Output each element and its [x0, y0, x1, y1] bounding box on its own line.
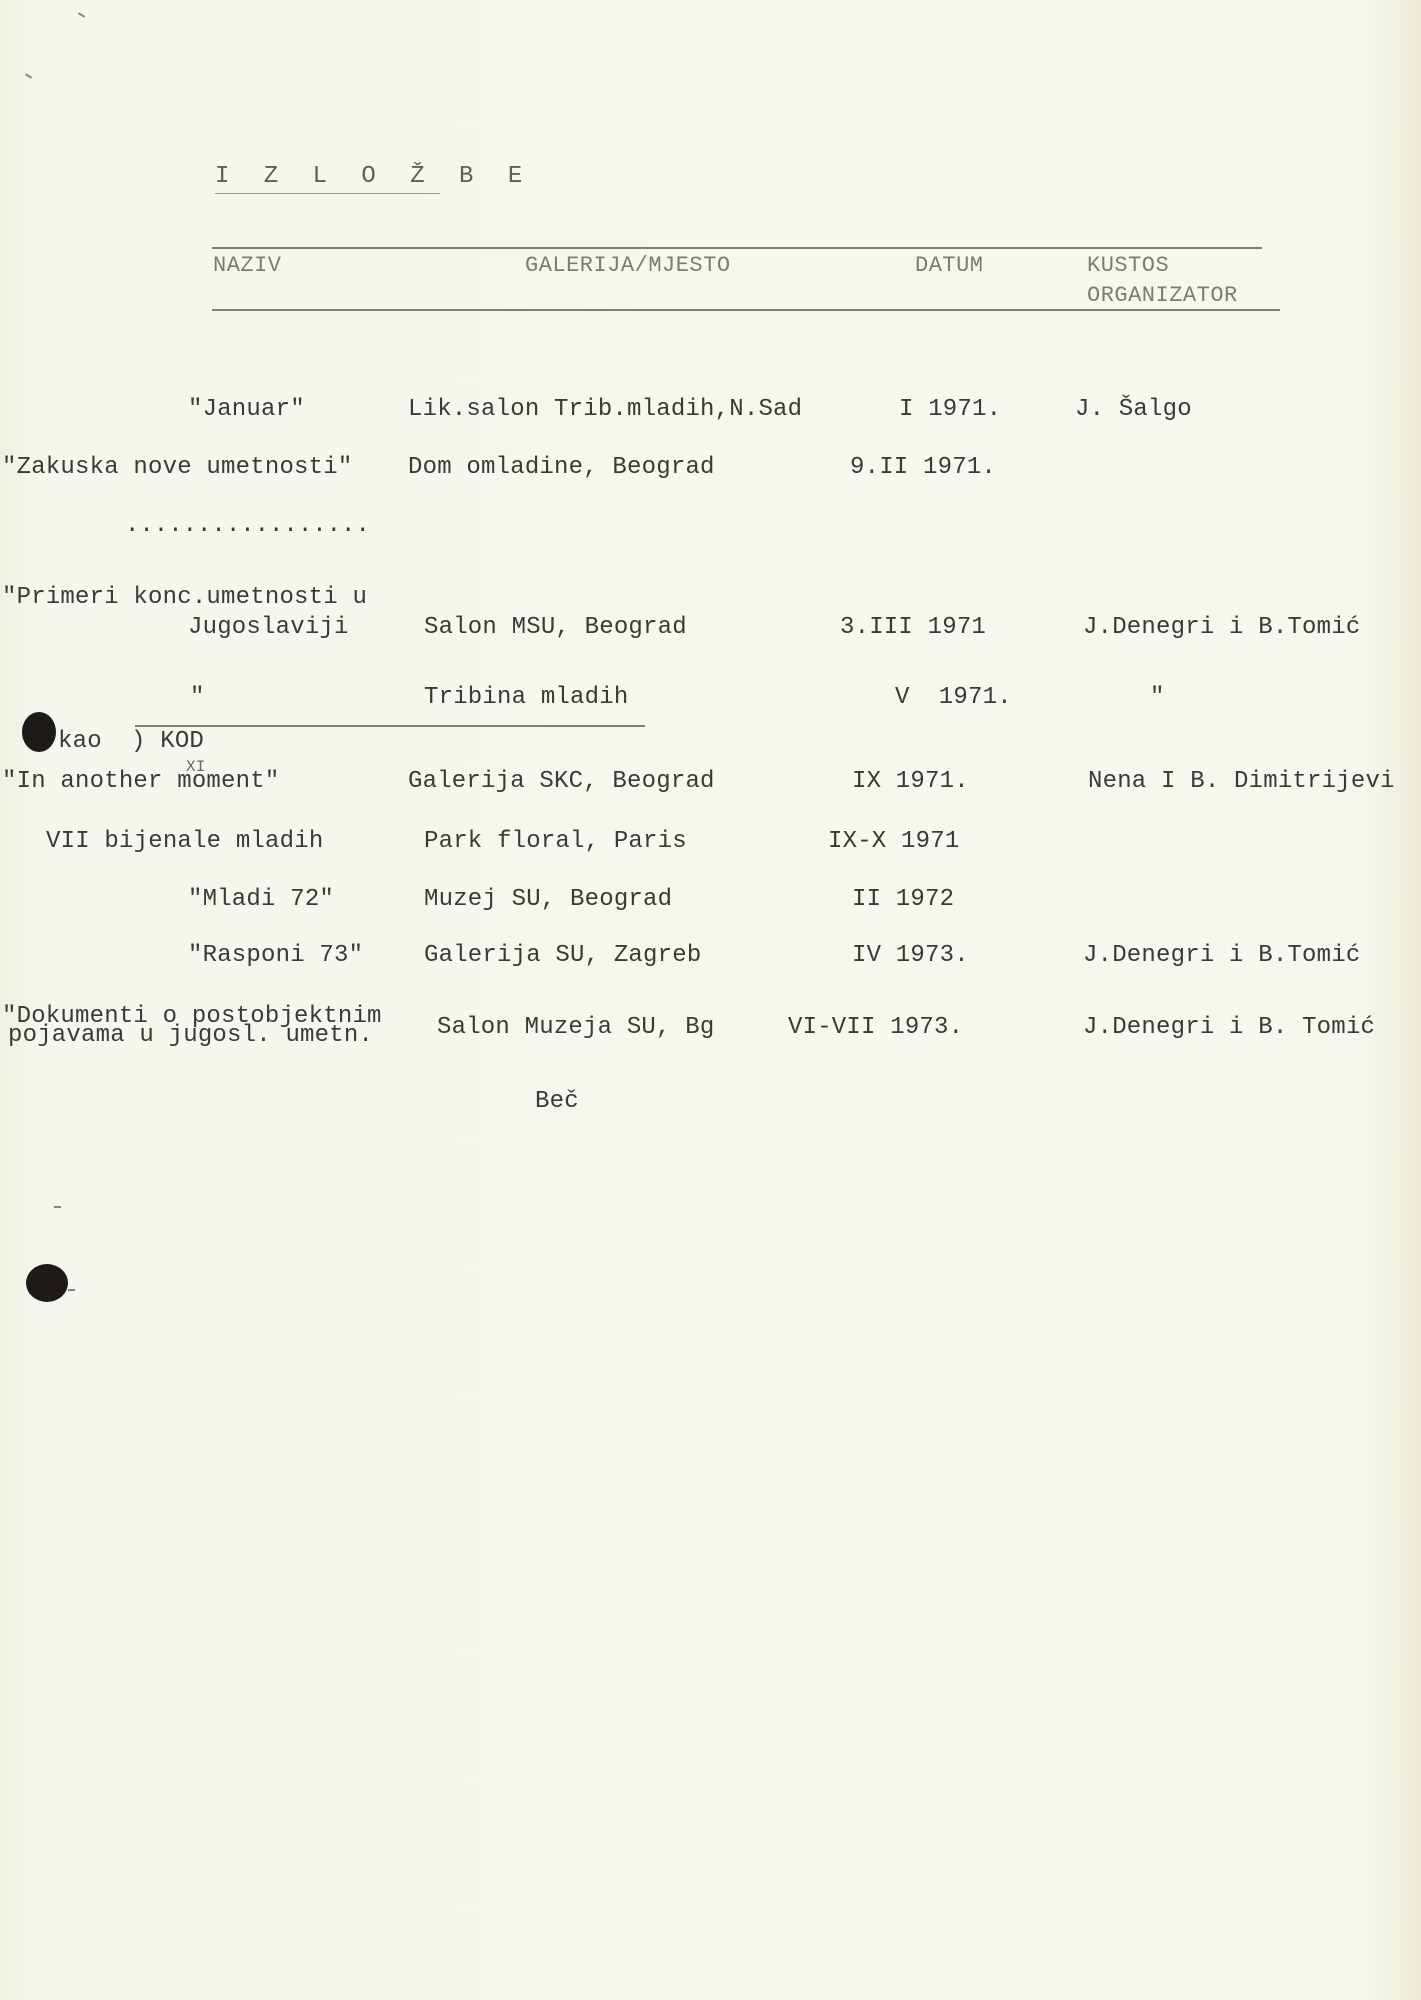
- cell-naziv-line1: "Primeri konc.umetnosti u: [2, 584, 367, 612]
- cell-galerija: Salon Muzeja SU, Bg: [437, 1014, 714, 1042]
- cell-datum: 9.II 1971.: [850, 454, 996, 482]
- cell-datum: I 1971.: [899, 396, 1001, 424]
- header-galerija-mjesto: GALERIJA/MJESTO: [525, 252, 731, 280]
- header-datum: DATUM: [915, 252, 984, 280]
- header-naziv: NAZIV: [213, 252, 282, 280]
- cell-galerija: Dom omladine, Beograd: [408, 454, 715, 482]
- cell-kustos-ditto: ": [1150, 684, 1165, 712]
- cell-galerija: Muzej SU, Beograd: [424, 886, 672, 914]
- cell-galerija: Park floral, Paris: [424, 828, 687, 856]
- cell-datum: IX-X 1971: [828, 828, 959, 856]
- cell-naziv: "Rasponi 73": [188, 942, 363, 970]
- cell-galerija: Tribina mladih: [424, 684, 628, 712]
- cell-naziv: "Januar": [188, 396, 305, 424]
- speck-mark: [54, 1206, 61, 1208]
- row-underline: [135, 725, 645, 727]
- header-organizator: ORGANIZATOR: [1087, 282, 1238, 310]
- cell-datum: VI-VII 1973.: [788, 1014, 963, 1042]
- cell-kustos: J.Denegri i B. Tomić: [1083, 1014, 1375, 1042]
- cell-naziv: "Mladi 72": [188, 886, 334, 914]
- cell-kustos: J.Denegri i B.Tomić: [1083, 614, 1360, 642]
- cell-galerija: Galerija SKC, Beograd: [408, 768, 715, 796]
- cell-naziv: "In another moment": [2, 768, 279, 796]
- cell-datum: V 1971.: [895, 684, 1012, 712]
- ink-blot: [22, 712, 56, 752]
- cell-naziv: VII bijenale mladih: [46, 828, 323, 856]
- cell-datum: IV 1973.: [852, 942, 969, 970]
- title-underline: [215, 193, 440, 194]
- cell-naziv-line2: pojavama u jugosl. umetn.: [8, 1022, 373, 1050]
- dotted-separator: .................: [125, 512, 370, 540]
- header-rule-top: [212, 247, 1262, 249]
- footer-note: Beč: [535, 1088, 579, 1116]
- cell-galerija: Galerija SU, Zagreb: [424, 942, 701, 970]
- cell-galerija: Salon MSU, Beograd: [424, 614, 687, 642]
- cell-kustos: J.Denegri i B.Tomić: [1083, 942, 1360, 970]
- cell-datum: 3.III 1971: [840, 614, 986, 642]
- cell-datum: II 1972: [852, 886, 954, 914]
- cell-kustos: J. Šalgo: [1075, 396, 1192, 424]
- annotation-kao-kod: kao ) KOD: [58, 728, 204, 756]
- speck-mark: [68, 1289, 75, 1291]
- cell-galerija: Lik.salon Trib.mladih,N.Sad: [408, 396, 802, 424]
- cell-naziv: "Zakuska nove umetnosti": [2, 454, 352, 482]
- cell-datum: IX 1971.: [852, 768, 969, 796]
- punch-hole-blot: [26, 1264, 68, 1302]
- header-kustos: KUSTOS: [1087, 252, 1169, 280]
- header-rule-bottom: [212, 309, 1280, 311]
- cell-naziv-line2: Jugoslaviji: [188, 614, 349, 642]
- page-title: I Z L O Ž B E: [215, 163, 532, 191]
- cell-kustos: Nena I B. Dimitrijevi: [1088, 768, 1395, 796]
- cell-naziv-ditto: ": [190, 684, 205, 712]
